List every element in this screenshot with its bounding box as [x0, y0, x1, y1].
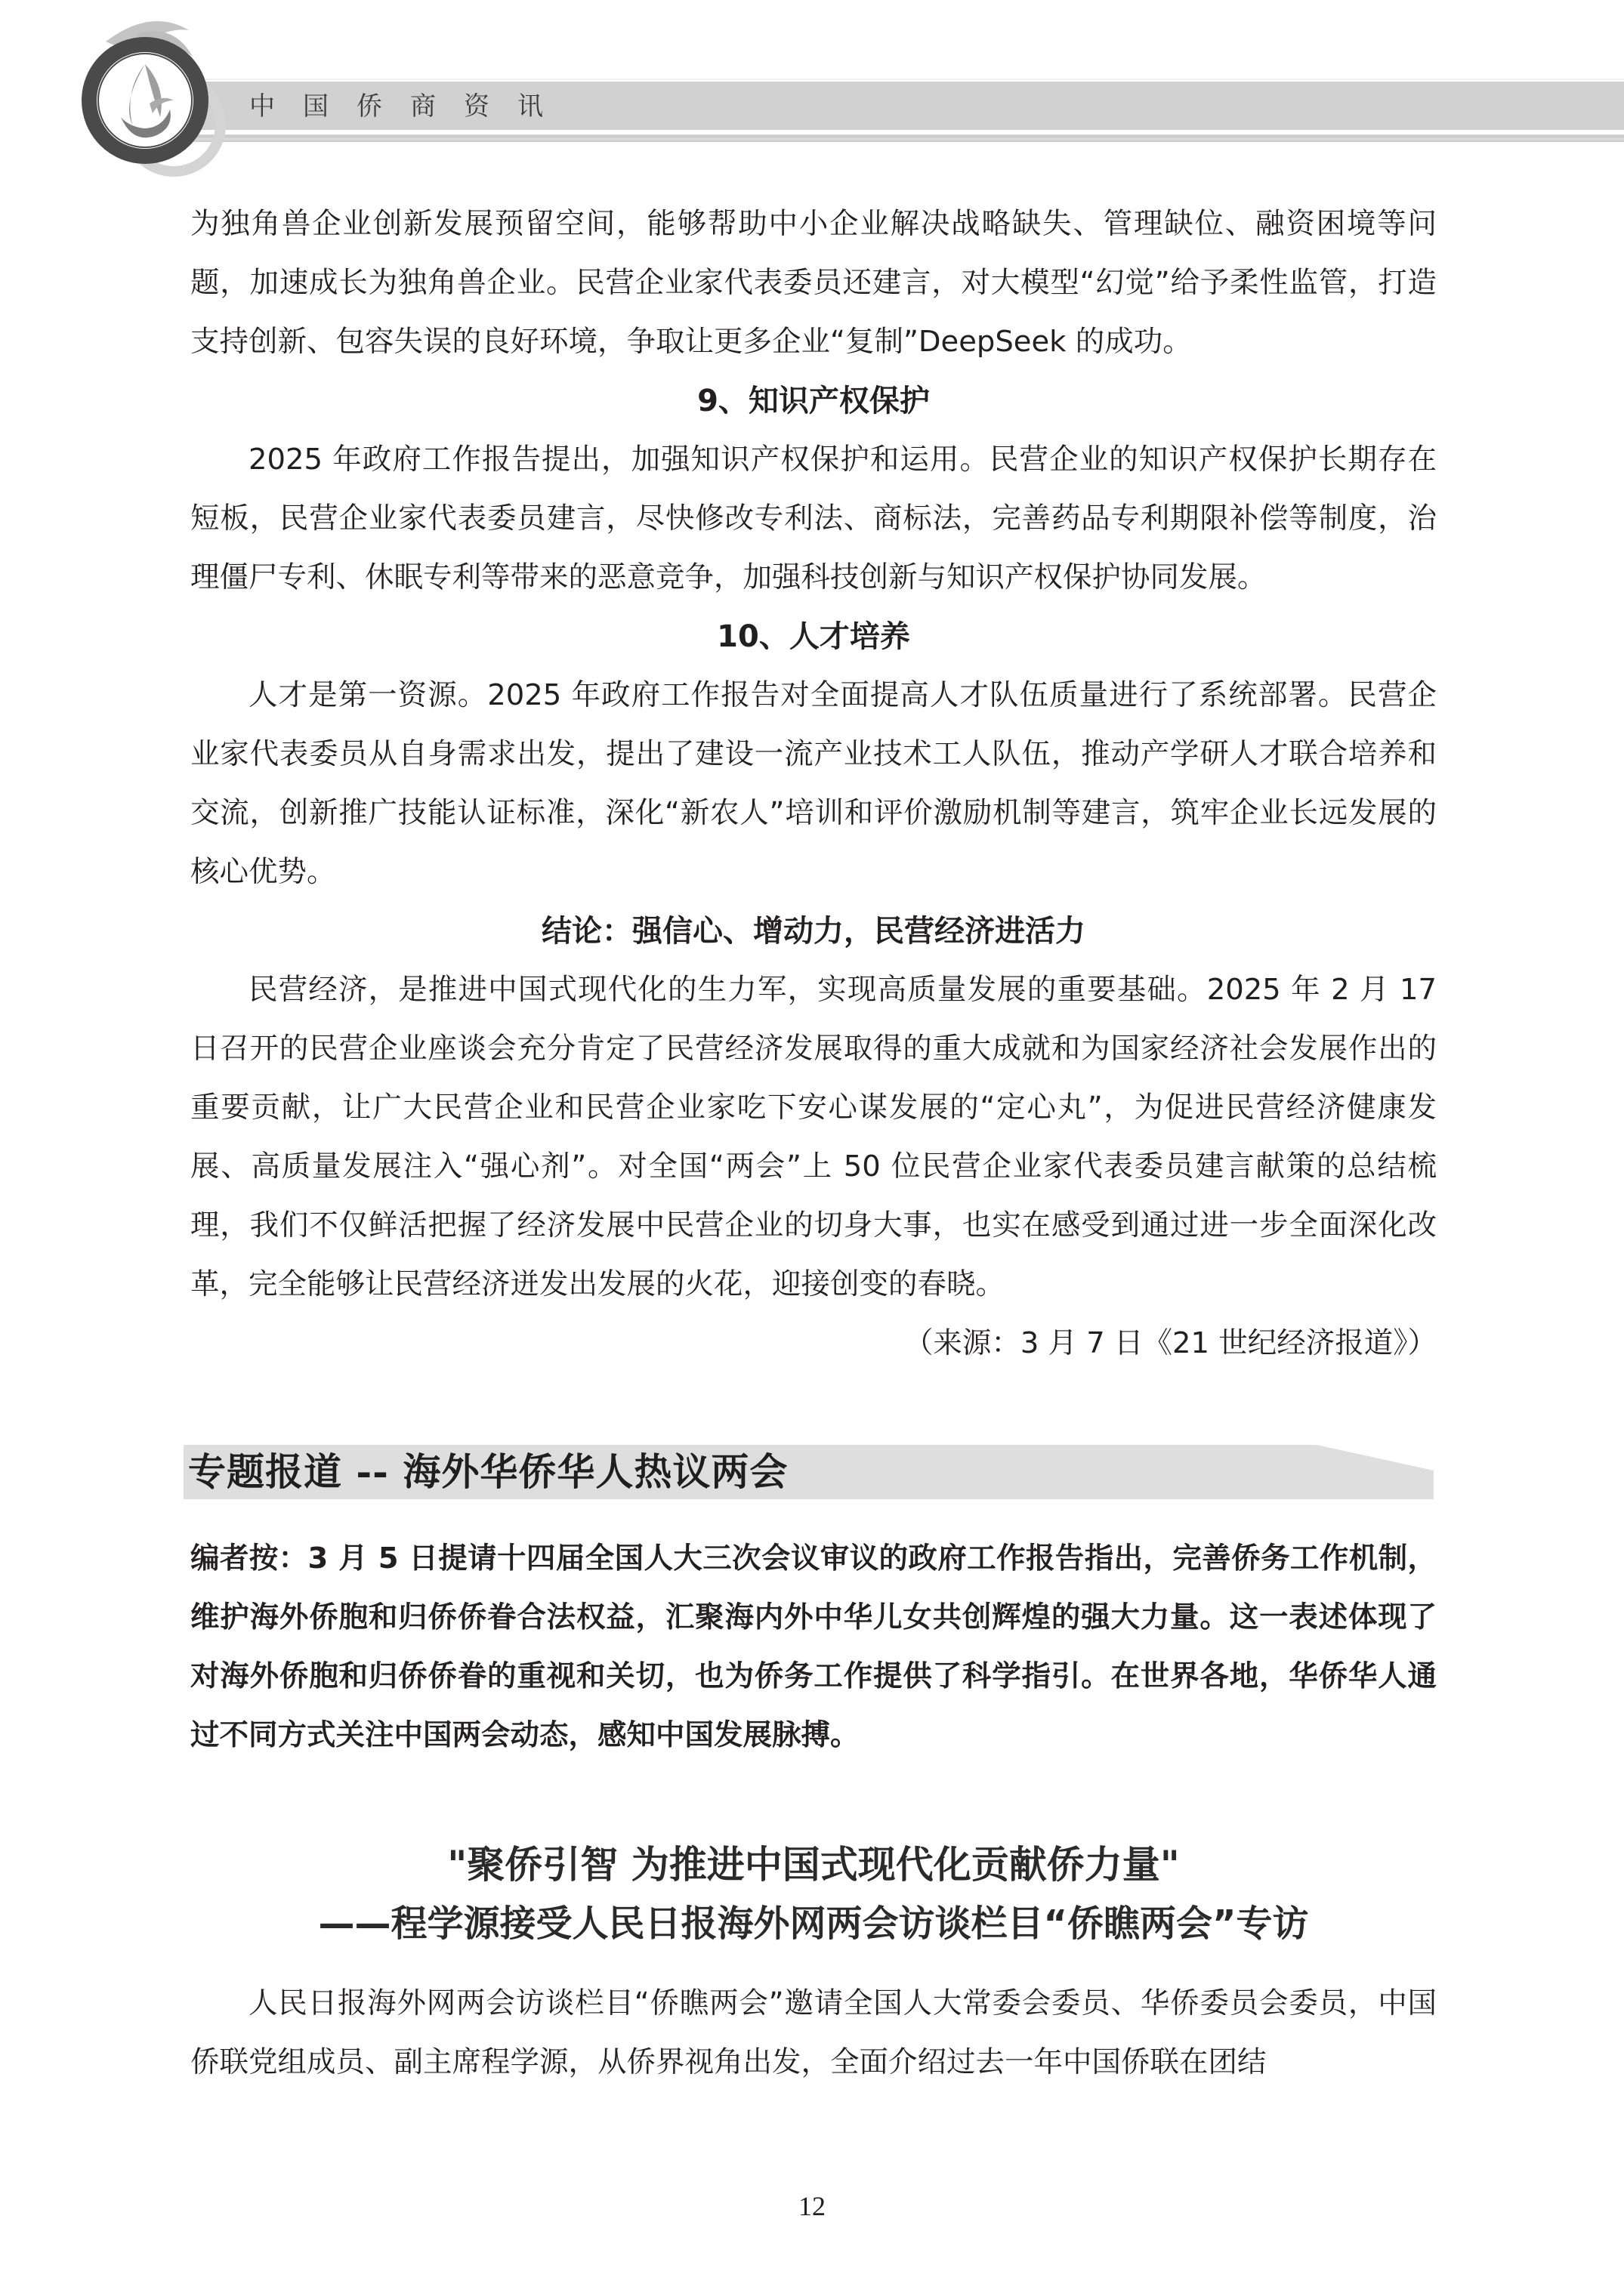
article-2-paragraph: 人民日报海外网两会访谈栏目“侨瞧两会”邀请全国人大常委会委员、华侨委员会委员，中… [190, 1974, 1437, 2092]
article-title-line-2: ——程学源接受人民日报海外网两会访谈栏目“侨瞧两会”专访 [190, 1894, 1437, 1953]
section-heading-conclusion: 结论：强信心、增动力，民营经济进活力 [190, 902, 1437, 961]
federation-emblem-icon [60, 11, 242, 181]
article-source: （来源：3 月 7 日《21 世纪经济报道》） [190, 1314, 1437, 1373]
section-heading-ip-protection: 9、知识产权保护 [190, 372, 1437, 431]
special-report-title: 专题报道 -- 海外华侨华人热议两会 [188, 1445, 788, 1499]
section-paragraph-ip-protection: 2025 年政府工作报告提出，加强知识产权保护和运用。民营企业的知识产权保护长期… [190, 431, 1437, 607]
section-paragraph-conclusion: 民营经济，是推进中国式现代化的生力军，实现高质量发展的重要基础。2025 年 2… [190, 961, 1437, 1314]
publication-title: 中国侨商资讯 [249, 88, 571, 125]
editor-note-block: 编者按：3 月 5 日提请十四届全国人大三次会议审议的政府工作报告指出，完善侨务… [190, 1529, 1437, 1765]
intro-paragraph: 为独角兽企业创新发展预留空间，能够帮助中小企业解决战略缺失、管理缺位、融资困境等… [190, 195, 1437, 372]
section-paragraph-talent: 人才是第一资源。2025 年政府工作报告对全面提高人才队伍质量进行了系统部署。民… [190, 666, 1437, 902]
article-title-line-1: "聚侨引智 为推进中国式现代化贡献侨力量" [190, 1835, 1437, 1894]
section-heading-talent: 10、人才培养 [190, 607, 1437, 666]
editor-note: 编者按：3 月 5 日提请十四届全国人大三次会议审议的政府工作报告指出，完善侨务… [190, 1529, 1437, 1765]
article-1: 为独角兽企业创新发展预留空间，能够帮助中小企业解决战略缺失、管理缺位、融资困境等… [190, 195, 1437, 1373]
header-band-highlight [104, 79, 1624, 80]
special-report-banner: 专题报道 -- 海外华侨华人热议两会 [184, 1445, 1434, 1499]
page-number: 12 [0, 2190, 1624, 2222]
header-rule [104, 134, 1624, 142]
article-2: "聚侨引智 为推进中国式现代化贡献侨力量" ——程学源接受人民日报海外网两会访谈… [190, 1835, 1437, 2092]
